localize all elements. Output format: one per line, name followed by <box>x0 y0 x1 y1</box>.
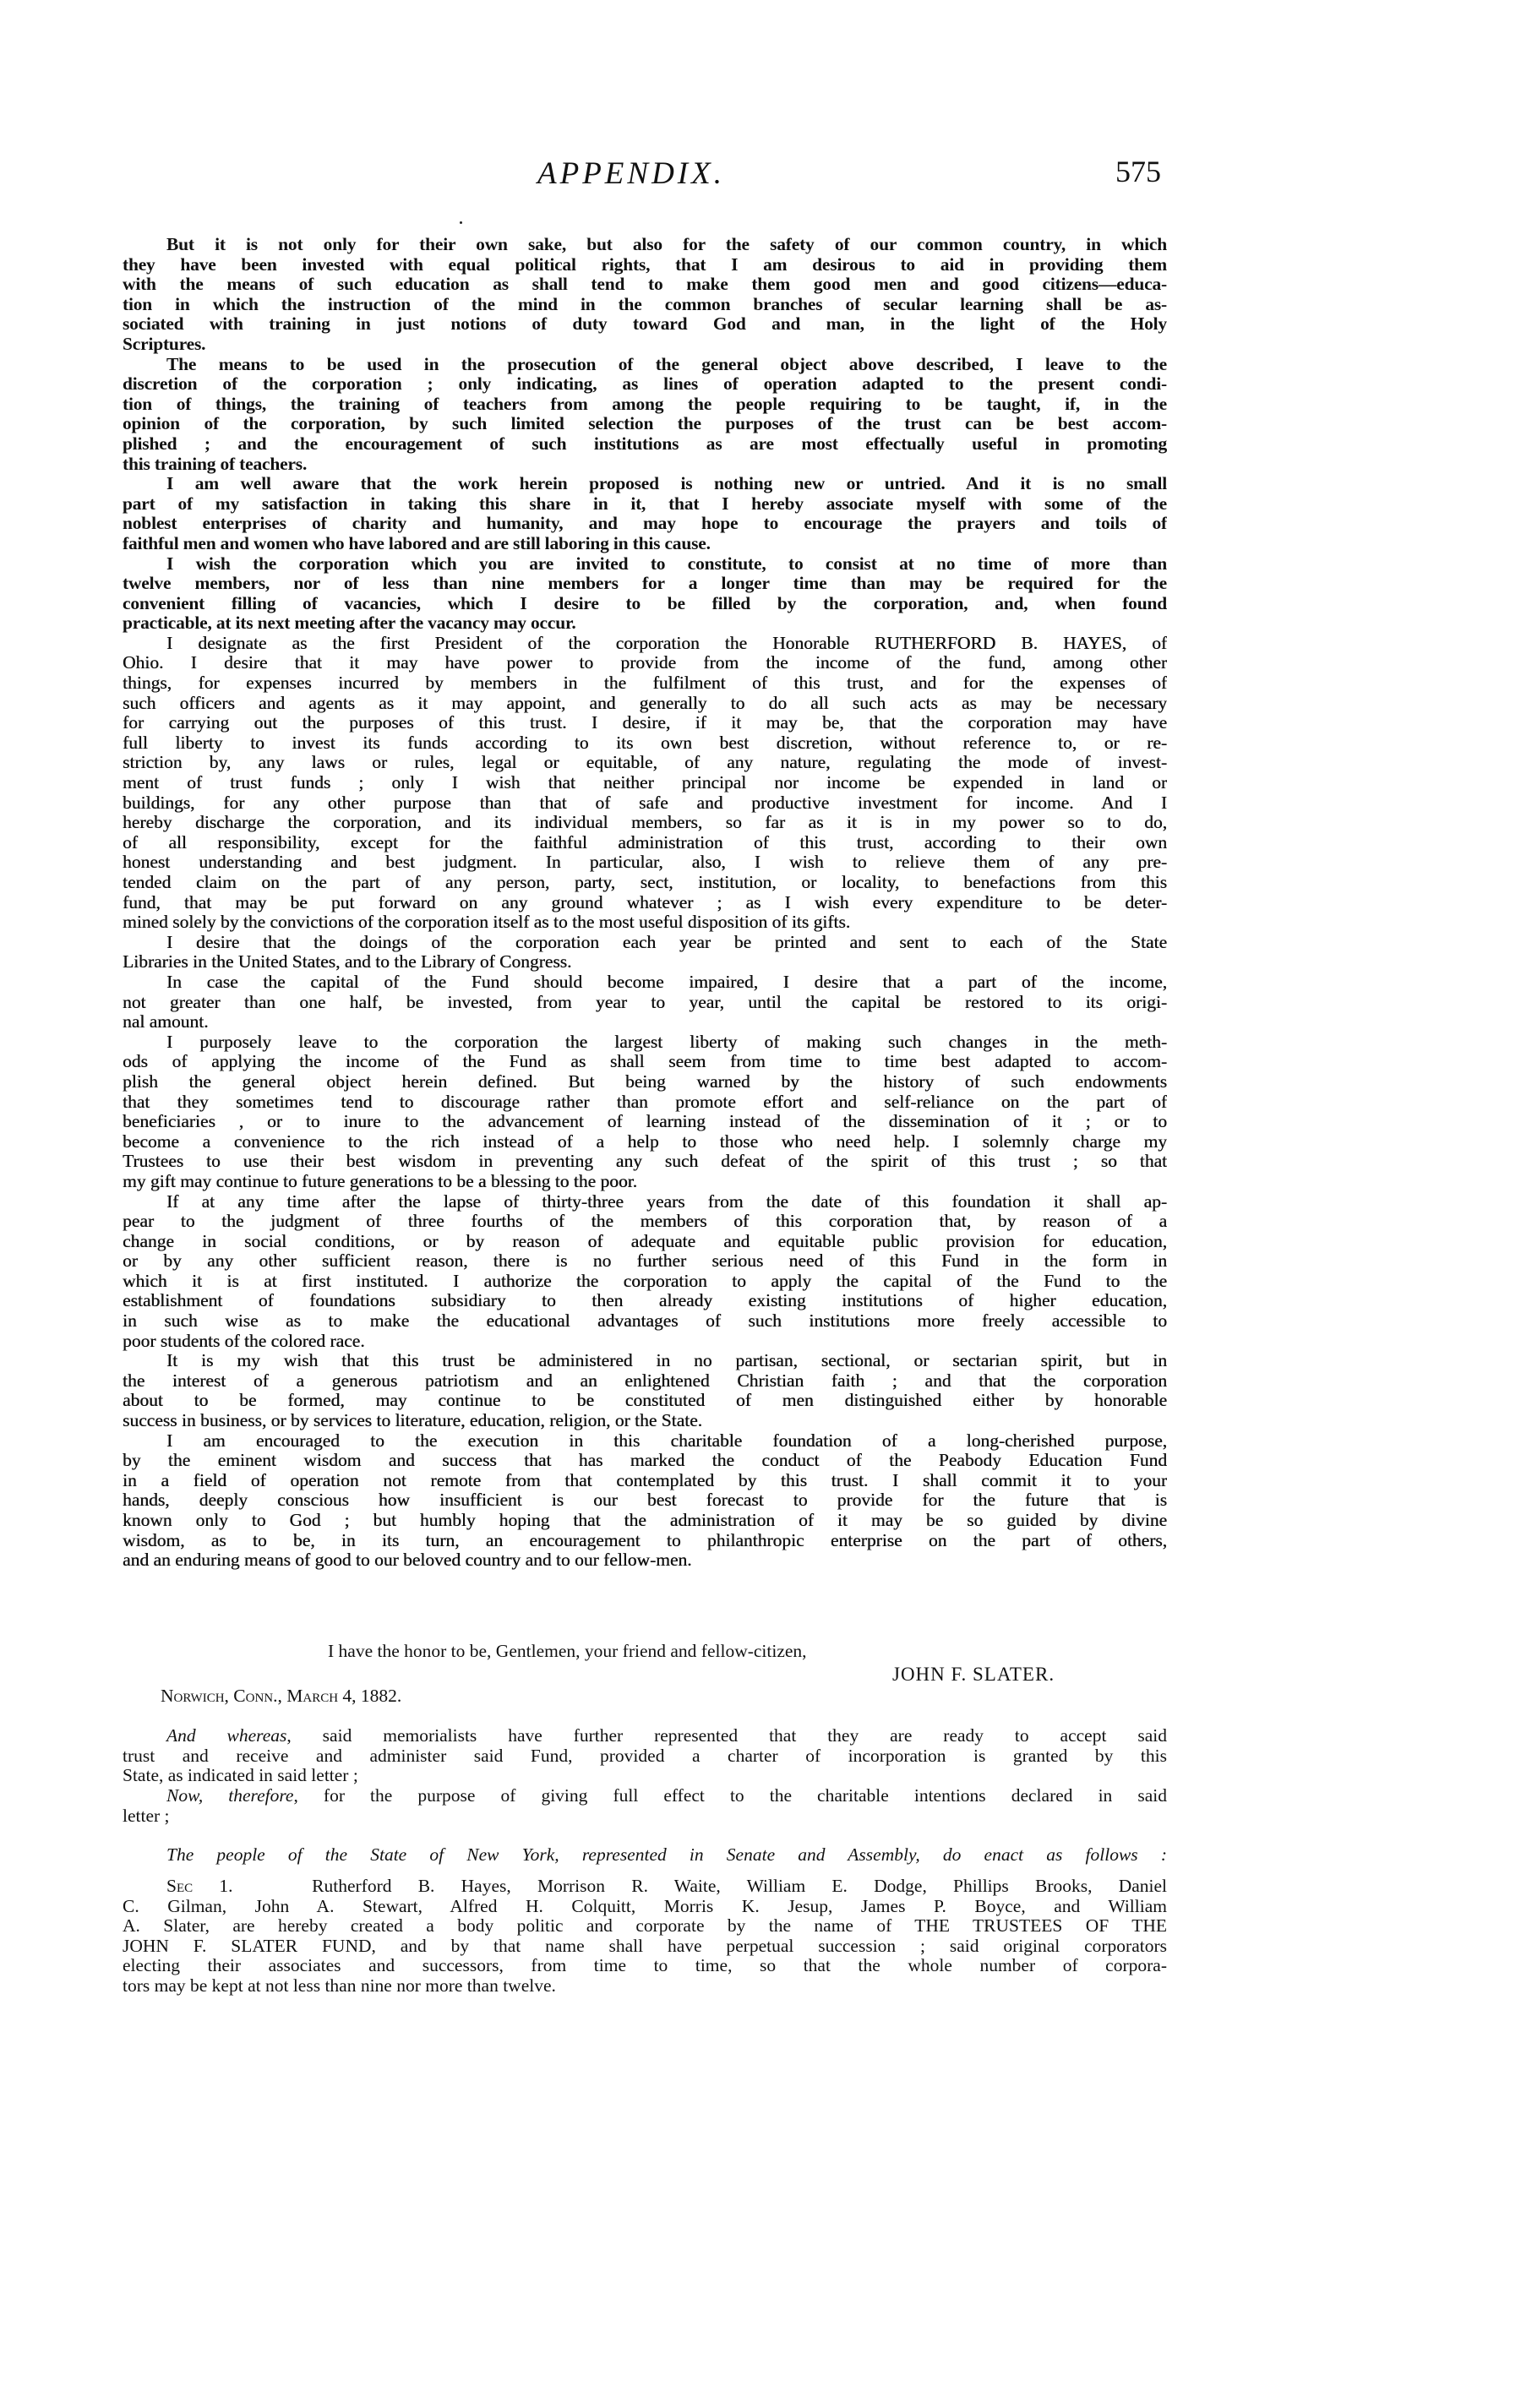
paragraph-line: plished ; and the encouragement of such … <box>123 434 1167 455</box>
paragraph-line: of all responsibility, except for the fa… <box>123 833 1167 853</box>
paragraph-line: wisdom, as to be, in its turn, an encour… <box>123 1531 1167 1551</box>
paragraph-line: my gift may continue to future generatio… <box>123 1172 1167 1192</box>
paragraph-line: I am encouraged to the execution in this… <box>123 1431 1167 1452</box>
paragraph-line: in a field of operation not remote from … <box>123 1471 1167 1491</box>
paragraph-line: and an enduring means of good to our bel… <box>123 1550 1167 1571</box>
paragraph-line: ods of applying the income of the Fund a… <box>123 1052 1167 1072</box>
dateline: Norwich, Conn., March 4, 1882. <box>161 1686 401 1707</box>
paragraph-line: sociated with training in just notions o… <box>123 314 1167 335</box>
paragraph-line: faithful men and women who have labored … <box>123 534 1167 554</box>
paragraph-line: tended claim on the part of any person, … <box>123 873 1167 893</box>
paragraph-line: about to be formed, may continue to be c… <box>123 1391 1167 1411</box>
section-1-line-2: C. Gilman, John A. Stewart, Alfred H. Co… <box>123 1897 1167 1917</box>
whereas-line-3: State, as indicated in said letter ; <box>123 1766 1167 1786</box>
paragraph-line: But it is not only for their own sake, b… <box>123 235 1167 255</box>
paragraph-line: honest understanding and best judgment. … <box>123 853 1167 873</box>
paragraph-line: establishment of foundations subsidiary … <box>123 1291 1167 1311</box>
paragraph-line: tion in which the instruction of the min… <box>123 295 1167 315</box>
therefore-clause: Now, therefore, for the purpose of givin… <box>123 1786 1167 1826</box>
paragraph-line: Ohio. I desire that it may have power to… <box>123 653 1167 673</box>
letter-paragraph: If at any time after the lapse of thirty… <box>123 1192 1167 1352</box>
page-number: 575 <box>1115 154 1161 189</box>
whereas-clause: And whereas, said memorialists have furt… <box>123 1726 1167 1786</box>
paragraph-line: I wish the corporation which you are inv… <box>123 554 1167 575</box>
signature: JOHN F. SLATER. <box>892 1664 1055 1685</box>
enacting-clause: The people of the State of New York, rep… <box>166 1845 1167 1866</box>
paragraph-line: or by any other sufficient reason, there… <box>123 1251 1167 1272</box>
paragraph-line: opinion of the corporation, by such limi… <box>123 414 1167 434</box>
paragraph-line: change in social conditions, or by reaso… <box>123 1232 1167 1252</box>
print-speck <box>460 221 462 224</box>
book-page: APPENDIX. 575 But it is not only for the… <box>0 0 1521 2408</box>
letter-paragraph: I wish the corporation which you are inv… <box>123 554 1167 634</box>
running-title: APPENDIX. <box>537 155 725 192</box>
closing-line: I have the honor to be, Gentlemen, your … <box>328 1642 807 1662</box>
paragraph-line: such officers and agents as it may appoi… <box>123 694 1167 714</box>
paragraph-line: in such wise as to make the educational … <box>123 1311 1167 1332</box>
paragraph-line: I designate as the first President of th… <box>123 634 1167 654</box>
paragraph-line: they have been invested with equal polit… <box>123 255 1167 275</box>
paragraph-line: things, for expenses incurred by members… <box>123 673 1167 694</box>
paragraph-line: Libraries in the United States, and to t… <box>123 952 1167 972</box>
paragraph-line: I purposely leave to the corporation the… <box>123 1032 1167 1053</box>
letter-paragraph: In case the capital of the Fund should b… <box>123 972 1167 1032</box>
paragraph-line: twelve members, nor of less than nine me… <box>123 574 1167 594</box>
letter-paragraph: I desire that the doings of the corporat… <box>123 933 1167 972</box>
letter-paragraph: I am well aware that the work herein pro… <box>123 474 1167 553</box>
paragraph-line: success in business, or by services to l… <box>123 1411 1167 1431</box>
section-1-line-4: JOHN F. SLATER FUND, and by that name sh… <box>123 1937 1167 1957</box>
paragraph-line: with the means of such education as shal… <box>123 275 1167 295</box>
section-label: Sec 1. <box>166 1877 232 1896</box>
paragraph-line: Trustees to use their best wisdom in pre… <box>123 1152 1167 1172</box>
therefore-line-1: Now, therefore, for the purpose of givin… <box>123 1786 1167 1806</box>
paragraph-line: beneficiaries , or to inure to the advan… <box>123 1112 1167 1132</box>
paragraph-line: mined solely by the convictions of the c… <box>123 913 1167 933</box>
paragraph-line: convenient filling of vacancies, which I… <box>123 594 1167 614</box>
section-1-line-6: tors may be kept at not less than nine n… <box>123 1976 1167 1997</box>
paragraph-line: the interest of a generous patriotism an… <box>123 1371 1167 1392</box>
paragraph-line: by the eminent wisdom and success that h… <box>123 1451 1167 1471</box>
paragraph-line: tion of things, the training of teachers… <box>123 395 1167 415</box>
therefore-line-2: letter ; <box>123 1806 1167 1827</box>
paragraph-line: plish the general object herein defined.… <box>123 1072 1167 1092</box>
paragraph-line: The means to be used in the prosecution … <box>123 355 1167 375</box>
letter-paragraph: The means to be used in the prosecution … <box>123 355 1167 475</box>
paragraph-line: I desire that the doings of the corporat… <box>123 933 1167 953</box>
paragraph-line: for carrying out the purposes of this tr… <box>123 713 1167 733</box>
whereas-lead: And whereas <box>166 1726 286 1746</box>
paragraph-line: In case the capital of the Fund should b… <box>123 972 1167 993</box>
paragraph-line: hereby discharge the corporation, and it… <box>123 813 1167 833</box>
paragraph-line: practicable, at its next meeting after t… <box>123 613 1167 634</box>
paragraph-line: part of my satisfaction in taking this s… <box>123 494 1167 515</box>
paragraph-line: hands, deeply conscious how insufficient… <box>123 1490 1167 1511</box>
paragraph-line: which it is at first instituted. I autho… <box>123 1272 1167 1292</box>
letter-paragraph: I designate as the first President of th… <box>123 634 1167 933</box>
section-1-line-1: Sec 1. Rutherford B. Hayes, Morrison R. … <box>123 1877 1167 1897</box>
section-1-line-5: electing their associates and successors… <box>123 1956 1167 1976</box>
paragraph-line: pear to the judgment of three fourths of… <box>123 1212 1167 1232</box>
letter-paragraph: But it is not only for their own sake, b… <box>123 235 1167 355</box>
paragraph-line: If at any time after the lapse of thirty… <box>123 1192 1167 1212</box>
paragraph-line: buildings, for any other purpose than th… <box>123 793 1167 814</box>
paragraph-line: It is my wish that this trust be adminis… <box>123 1351 1167 1371</box>
paragraph-line: striction by, any laws or rules, legal o… <box>123 753 1167 773</box>
letter-paragraph: It is my wish that this trust be adminis… <box>123 1351 1167 1430</box>
therefore-lead: Now, therefore <box>166 1786 293 1806</box>
paragraph-line: full liberty to invest its funds accordi… <box>123 733 1167 754</box>
paragraph-line: Scriptures. <box>123 335 1167 355</box>
paragraph-line: not greater than one half, be invested, … <box>123 993 1167 1013</box>
letter-paragraph: I purposely leave to the corporation the… <box>123 1032 1167 1192</box>
paragraph-line: become a convenience to the rich instead… <box>123 1132 1167 1152</box>
letter-paragraph: I am encouraged to the execution in this… <box>123 1431 1167 1571</box>
paragraph-line: this training of teachers. <box>123 455 1167 475</box>
paragraph-line: fund, that may be put forward on any gro… <box>123 893 1167 913</box>
whereas-line-2: trust and receive and administer said Fu… <box>123 1746 1167 1767</box>
paragraph-line: discretion of the corporation ; only ind… <box>123 374 1167 395</box>
letter-body: But it is not only for their own sake, b… <box>123 235 1167 1571</box>
paragraph-line: that they sometimes tend to discourage r… <box>123 1092 1167 1113</box>
paragraph-line: ment of trust funds ; only I wish that n… <box>123 773 1167 793</box>
section-1-line-3: A. Slater, are hereby created a body pol… <box>123 1916 1167 1937</box>
whereas-line-1: And whereas, said memorialists have furt… <box>123 1726 1167 1746</box>
paragraph-line: I am well aware that the work herein pro… <box>123 474 1167 494</box>
paragraph-line: known only to God ; but humbly hoping th… <box>123 1511 1167 1531</box>
paragraph-line: poor students of the colored race. <box>123 1332 1167 1352</box>
section-1: Sec 1. Rutherford B. Hayes, Morrison R. … <box>123 1877 1167 1997</box>
paragraph-line: nal amount. <box>123 1012 1167 1032</box>
paragraph-line: noblest enterprises of charity and human… <box>123 514 1167 534</box>
